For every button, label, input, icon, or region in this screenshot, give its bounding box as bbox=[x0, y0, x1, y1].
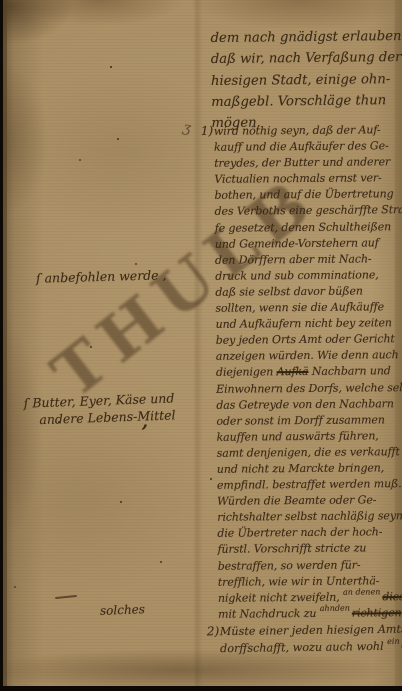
item-1-text: wird nöthig seyn, daß der Auf-kauff und … bbox=[214, 122, 402, 623]
text-segment: bestraffen, so werden für- bbox=[218, 558, 361, 572]
text-segment: wird nöthig seyn, daß der Auf- bbox=[214, 123, 381, 137]
text-segment: die Übertreter nach der hoch- bbox=[217, 526, 382, 540]
text-segment: hiesigen Stadt, einige ohn- bbox=[211, 72, 390, 89]
text-segment: kauffen und auswärts führen, bbox=[217, 429, 379, 443]
binding-edge bbox=[0, 0, 3, 691]
text-segment: mit Nachdruck zu bbox=[218, 607, 320, 621]
inserted-text: an denen bbox=[343, 587, 380, 596]
text-line: treydes, der Butter und anderer bbox=[214, 154, 400, 172]
binding-shadow bbox=[3, 0, 7, 691]
text-line: des Verboths eine geschärffte Stra- bbox=[215, 203, 401, 221]
text-segment: des Verboths eine geschärffte Stra- bbox=[215, 204, 402, 219]
text-line: fe gesetzet, denen Schultheißen bbox=[215, 219, 401, 237]
text-line: sollten, wenn sie die Aufkäuffe bbox=[215, 299, 401, 317]
text-segment: das Getreyde von den Nachbarn bbox=[216, 397, 394, 412]
text-line: druck und sub comminatione, bbox=[215, 267, 401, 285]
text-segment: druck und sub comminatione, bbox=[215, 268, 379, 282]
text-line: diejenigen Aufkä Nachbarn und bbox=[216, 364, 402, 382]
text-segment: fe gesetzet, denen Schultheißen bbox=[215, 220, 392, 235]
text-line: dorffschafft, wozu auch wohl eindie bbox=[220, 638, 402, 657]
ink-bleed-mark: ʒ bbox=[181, 119, 192, 136]
text-line: Victualien nochmals ernst ver- bbox=[214, 170, 400, 188]
margin-note-butter-eyer: ſ Butter, Eyer, Käse undandere Lebens-Mi… bbox=[23, 389, 175, 428]
text-segment: kauff und die Aufkäufer des Ge- bbox=[214, 139, 389, 154]
text-segment: maßgebl. Vorschläge thun bbox=[211, 93, 386, 110]
text-line: samt denjenigen, die es verkaufft bbox=[217, 444, 402, 462]
text-line: nigkeit nicht zweifeln, an denendieselbe bbox=[218, 589, 402, 607]
margin-note-anbefohlen: ſ anbefohlen werde , bbox=[36, 267, 167, 285]
text-line: den Dörffern aber mit Nach- bbox=[215, 251, 401, 269]
text-line: das Getreyde von den Nachbarn bbox=[216, 396, 402, 414]
text-segment: samt denjenigen, die es verkaufft bbox=[217, 445, 400, 460]
manuscript-page: THULB dem nach gnädigst erlauben,daß wir… bbox=[0, 0, 402, 691]
text-line: bestraffen, so werden für- bbox=[218, 557, 402, 575]
text-line: bey jeden Orts Amt oder Gericht bbox=[216, 331, 402, 349]
text-line: Müste einer jeden hiesigen Amts- bbox=[220, 622, 402, 641]
text-segment: Victualien nochmals ernst ver- bbox=[214, 172, 381, 186]
text-line: und nicht zu Marckte bringen, bbox=[217, 460, 402, 478]
text-segment: trefflich, wie wir in Unterthä- bbox=[218, 574, 380, 588]
text-line: daß sie selbst davor büßen bbox=[215, 283, 401, 301]
struck-text: richtigen bbox=[352, 606, 402, 619]
item-number: 2) bbox=[207, 624, 220, 638]
inserted-text: ahnden bbox=[320, 603, 350, 612]
margin-dash-mark bbox=[55, 595, 77, 599]
struck-text: Aufkä bbox=[277, 365, 309, 378]
text-segment: Einwohnern des Dorfs, welche selbst bbox=[216, 380, 402, 395]
text-segment: daß wir, nach Verfaßung der bbox=[211, 50, 402, 67]
text-line: bothen, und auf die Übertretung bbox=[214, 187, 400, 205]
text-line: mit Nachdruck zu ahndenrichtigen wissen. bbox=[218, 605, 402, 623]
text-line: anzeigen würden. Wie denn auch bbox=[216, 347, 402, 365]
text-segment: daß sie selbst davor büßen bbox=[215, 284, 363, 298]
stray-ink-mark: , bbox=[142, 412, 148, 432]
numbered-item-1: 1) wird nöthig seyn, daß der Auf-kauff u… bbox=[201, 122, 402, 623]
text-line: oder sonst im Dorff zusammen bbox=[216, 412, 402, 430]
text-segment: empfindl. bestraffet werden muß. bbox=[217, 477, 402, 492]
text-segment: nigkeit nicht zweifeln, bbox=[218, 590, 343, 604]
text-segment: und Gemeinde-Vorstehern auf bbox=[215, 236, 379, 250]
text-line: fürstl. Vorschrifft stricte zu bbox=[217, 541, 402, 559]
text-segment: dem nach gnädigst erlauben, bbox=[210, 29, 402, 46]
text-segment: oder sonst im Dorff zusammen bbox=[216, 413, 384, 427]
text-segment: treydes, der Butter und anderer bbox=[214, 155, 390, 170]
text-segment: richtshalter selbst nachläßig seyn, bbox=[217, 509, 402, 524]
paragraph-intro: dem nach gnädigst erlauben,daß wir, nach… bbox=[210, 26, 402, 134]
text-segment: Müste einer jeden hiesigen Amts- bbox=[220, 623, 402, 639]
text-segment: bothen, und auf die Übertretung bbox=[214, 188, 393, 203]
text-segment: andere Lebens-Mittel bbox=[39, 407, 176, 427]
text-line: Einwohnern des Dorfs, welche selbst bbox=[216, 380, 402, 398]
inserted-text: ein bbox=[387, 636, 400, 645]
text-line: und Aufkäufern nicht bey zeiten bbox=[216, 315, 402, 333]
text-line: maßgebl. Vorschläge thun bbox=[211, 90, 402, 113]
text-line: richtshalter selbst nachläßig seyn, bbox=[217, 508, 402, 526]
text-line: dem nach gnädigst erlauben, bbox=[210, 26, 402, 49]
text-line: Würden die Beamte oder Ge- bbox=[217, 492, 402, 510]
text-line: hiesigen Stadt, einige ohn- bbox=[211, 69, 402, 92]
struck-text: dieselbe bbox=[382, 590, 402, 603]
text-line: kauff und die Aufkäufer des Ge- bbox=[214, 138, 400, 156]
text-segment: Würden die Beamte oder Ge- bbox=[217, 494, 376, 508]
text-line: kauffen und auswärts führen, bbox=[216, 428, 402, 446]
text-segment: dorffschafft, wozu auch wohl bbox=[220, 639, 387, 654]
text-segment: diejenigen bbox=[216, 366, 277, 380]
text-segment: und Aufkäufern nicht bey zeiten bbox=[216, 316, 392, 331]
margin-note-solches: solches bbox=[100, 602, 145, 618]
text-line: und Gemeinde-Vorstehern auf bbox=[215, 235, 401, 253]
text-segment: und nicht zu Marckte bringen, bbox=[217, 461, 384, 475]
numbered-item-2: 2) Müste einer jeden hiesigen Amts-dorff… bbox=[207, 622, 402, 658]
text-segment: sollten, wenn sie die Aufkäuffe bbox=[215, 300, 384, 314]
text-segment: bey jeden Orts Amt oder Gericht bbox=[216, 332, 395, 347]
text-line: andere Lebens-Mittel bbox=[39, 406, 176, 428]
item-number: 1) bbox=[201, 124, 213, 138]
text-segment: anzeigen würden. Wie denn auch bbox=[216, 348, 399, 363]
text-segment: fürstl. Vorschrifft stricte zu bbox=[217, 542, 366, 556]
text-line: empfindl. bestraffet werden muß. bbox=[217, 476, 402, 494]
text-segment: Nachbarn und bbox=[308, 365, 390, 379]
ink-specks bbox=[110, 66, 112, 68]
item-2-text: Müste einer jeden hiesigen Amts-dorffsch… bbox=[220, 622, 402, 658]
text-line: daß wir, nach Verfaßung der bbox=[211, 47, 402, 70]
scan-edge-bottom bbox=[0, 686, 402, 691]
text-line: wird nöthig seyn, daß der Auf- bbox=[214, 122, 400, 140]
text-segment: den Dörffern aber mit Nach- bbox=[215, 252, 372, 266]
text-line: die Übertreter nach der hoch- bbox=[217, 524, 402, 542]
